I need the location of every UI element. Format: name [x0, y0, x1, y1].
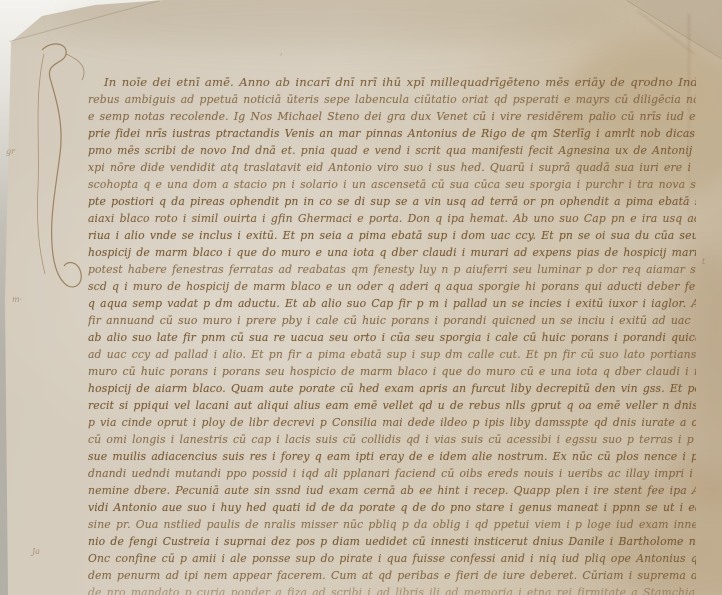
text-line: cū omi longis i lanestris cū cap i lacis… — [88, 431, 696, 448]
manuscript-text: In noīe dei etnī amē. Anno ab incarī dnī… — [88, 74, 696, 595]
text-line: rebus ambiguis ad ppetuā noticiā ūteris … — [88, 91, 696, 108]
text-line: dnandi uedndi mutandi ppo possid i iqd a… — [88, 465, 696, 482]
text-line: muro cū huic porans i porans seu hospici… — [88, 363, 696, 380]
text-line: sine pr. Oua nstlied paulis de nralis mi… — [88, 516, 696, 533]
text-line: recit si ppiqui vel lacani aut aliqui al… — [88, 397, 696, 414]
text-line: nio de fengi Custreia i suprnai dez pos … — [88, 533, 696, 550]
text-line: p via cinde oprut i ploy de libr decrevi… — [88, 414, 696, 431]
text-line: e semp notas recolende. Ig Nos Michael S… — [88, 108, 696, 125]
text-line: ab alio suo late fir pnm cū sua re uacua… — [88, 329, 696, 346]
text-line: scd q i muro de hospicij de marm blaco e… — [88, 278, 696, 295]
text-line: vidi Antonio aue suo i huy hed quati id … — [88, 499, 696, 516]
text-line: sue muilis adiacencius suis res i forey … — [88, 448, 696, 465]
text-line: q aqua semp vadat p dm aductu. Et ab ali… — [88, 295, 696, 312]
text-line: hospicij de aiarm blaco. Quam aute porat… — [88, 380, 696, 397]
text-line: prie fidei nrīs iustras ptractandis Veni… — [88, 125, 696, 142]
margin-mark: Ja — [32, 548, 40, 556]
text-line: scohopta q e una dom a stacio pn i solar… — [88, 176, 696, 193]
text-line: nemine dbere. Pecuniā aute sin ssnd iud … — [88, 482, 696, 499]
text-line: aiaxi blaco roto i simil ouirta i gfin G… — [88, 210, 696, 227]
manuscript-photo: In noīe dei etnī amē. Anno ab incarī dnī… — [0, 0, 722, 595]
text-line: Onc confine cū p amii i ale ponsse sup d… — [88, 550, 696, 567]
margin-mark: ʹ — [280, 54, 282, 62]
margin-mark: m· — [12, 296, 22, 304]
margin-mark: t — [702, 258, 705, 266]
text-line: dem penurm ad ipi nem appear facerem. Cu… — [88, 567, 696, 584]
text-line: pte postiori q da pireas ophendit pn in … — [88, 193, 696, 210]
text-line: fir annuand cū suo muro i prere pby i ca… — [88, 312, 696, 329]
margin-mark: gr — [6, 148, 15, 156]
text-line: potest habere fenestras ferratas ad reab… — [88, 261, 696, 278]
text-line: ad uac ccy ad pallad i alio. Et pn fir a… — [88, 346, 696, 363]
text-line: de nro mandato p curia ponder a fiza ad … — [88, 584, 696, 595]
text-line: riua i alio vnde se inclus i exitū. Et p… — [88, 227, 696, 244]
text-line: In noīe dei etnī amē. Anno ab incarī dnī… — [88, 74, 696, 91]
text-line: hospicij de marm blaco i que do muro e u… — [88, 244, 696, 261]
text-line: xpi nōre dide vendidit atq traslatavit e… — [88, 159, 696, 176]
text-line: pmo mēs scribi de novo Ind dnā et. pnia … — [88, 142, 696, 159]
